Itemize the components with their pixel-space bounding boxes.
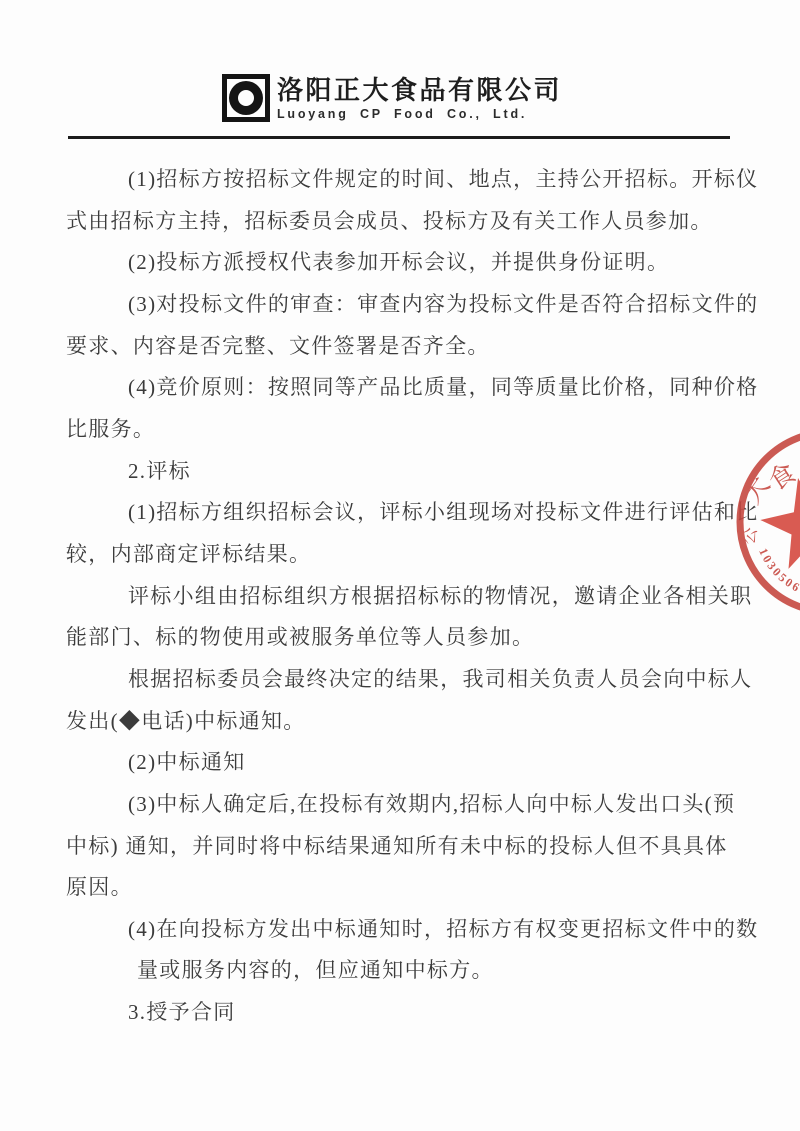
text-line: 能部门、标的物使用或被服务单位等人员参加。 xyxy=(66,617,756,659)
text-line: 3.授予合同 xyxy=(66,992,756,1034)
text-line: 发出(◆电话)中标通知。 xyxy=(66,701,756,743)
text-line: (3)对投标文件的审查：审查内容为投标文件是否符合招标文件的 xyxy=(66,284,756,326)
text-line: (4)竞价原则：按照同等产品比质量，同等质量比价格，同种价格 xyxy=(66,367,756,409)
text-line: 要求、内容是否完整、文件签署是否齐全。 xyxy=(66,326,756,368)
company-name-cn: 洛阳正大食品有限公司 xyxy=(277,75,562,105)
text-line: 评标小组由招标组织方根据招标标的物情况，邀请企业各相关职 xyxy=(66,576,756,618)
header-divider xyxy=(68,136,730,139)
text-line: 比服务。 xyxy=(66,409,756,451)
text-line: (4)在向投标方发出中标通知时，招标方有权变更招标文件中的数 xyxy=(66,909,756,951)
text-line: 根据招标委员会最终决定的结果，我司相关负责人员会向中标人 xyxy=(66,659,756,701)
text-line: (1)招标方组织招标会议，评标小组现场对投标文件进行评估和比 xyxy=(66,492,756,534)
text-line: 量或服务内容的，但应通知中标方。 xyxy=(66,950,756,992)
company-seal-stamp: 食 大 公 1030506 xyxy=(735,425,800,625)
company-logo-icon xyxy=(222,74,270,122)
document-page: 洛阳正大食品有限公司 Luoyang CP Food Co., Ltd. (1)… xyxy=(0,0,800,1131)
text-line: (3)中标人确定后,在投标有效期内,招标人向中标人发出口头(预 xyxy=(66,784,756,826)
text-line: (2)中标通知 xyxy=(66,742,756,784)
letterhead: 洛阳正大食品有限公司 Luoyang CP Food Co., Ltd. xyxy=(277,75,562,121)
text-line: 2.评标 xyxy=(66,451,756,493)
text-line: 原因。 xyxy=(66,867,756,909)
text-line: (1)招标方按招标文件规定的时间、地点，主持公开招标。开标仪 xyxy=(66,159,756,201)
text-line: 式由招标方主持，招标委员会成员、投标方及有关工作人员参加。 xyxy=(66,201,756,243)
document-body: (1)招标方按招标文件规定的时间、地点，主持公开招标。开标仪式由招标方主持，招标… xyxy=(66,159,756,1034)
logo-ring-shape xyxy=(229,81,263,115)
company-name-en: Luoyang CP Food Co., Ltd. xyxy=(277,107,562,121)
text-line: 中标) 通知，并同时将中标结果通知所有未中标的投标人但不具具体 xyxy=(66,826,756,868)
text-line: (2)投标方派授权代表参加开标会议，并提供身份证明。 xyxy=(66,242,756,284)
text-line: 较，内部商定评标结果。 xyxy=(66,534,756,576)
seal-char-lower: 公 xyxy=(739,526,761,546)
